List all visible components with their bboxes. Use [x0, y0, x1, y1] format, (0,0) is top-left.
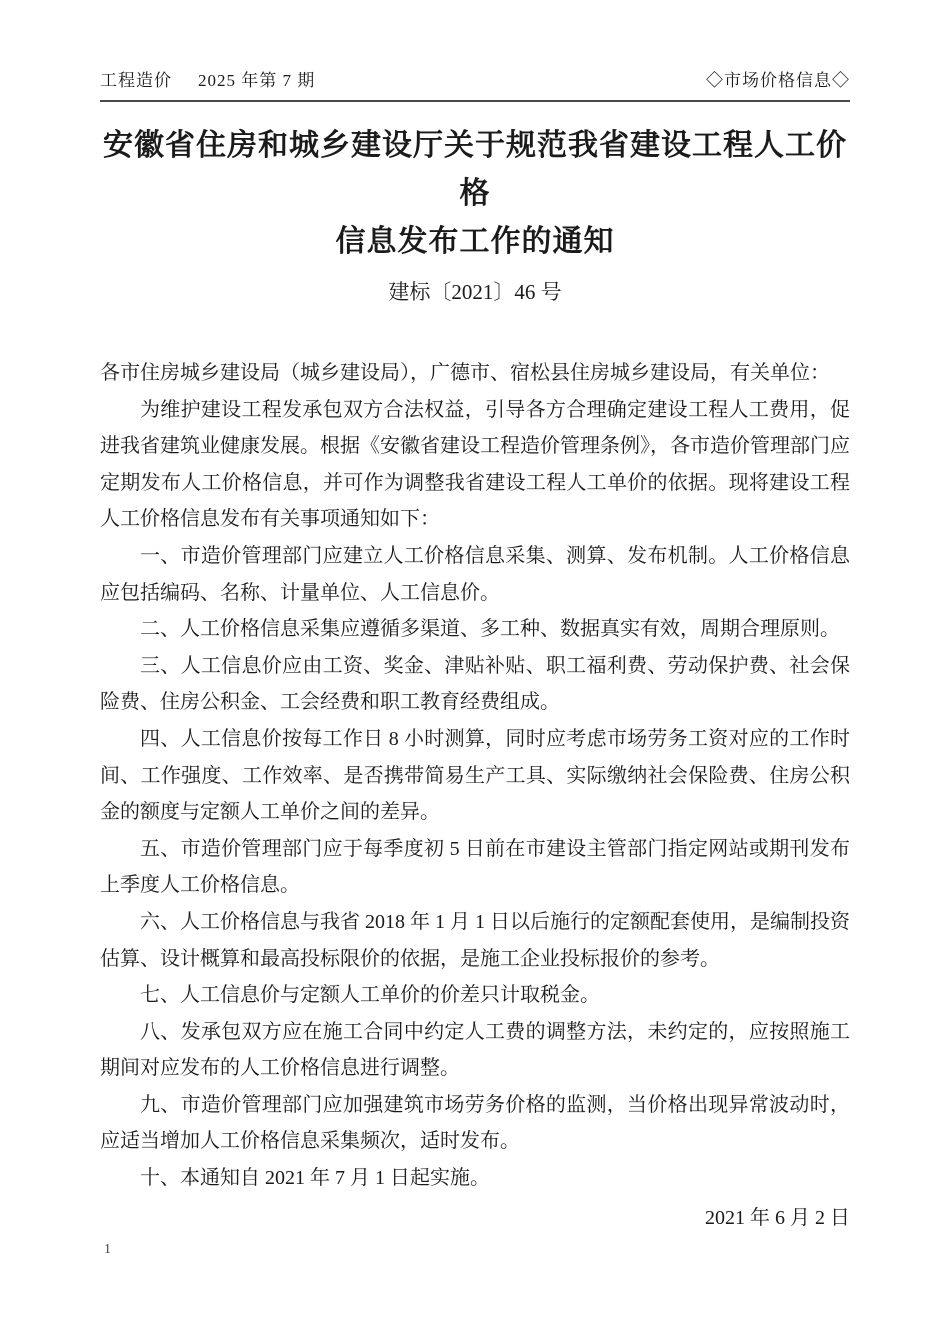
document-title: 安徽省住房和城乡建设厅关于规范我省建设工程人工价格 信息发布工作的通知: [100, 122, 850, 266]
page-number: 1: [104, 1242, 111, 1258]
document-body: 各市住房城乡建设局（城乡建设局），广德市、宿松县住房城乡建设局，有关单位： 为维…: [100, 355, 850, 1197]
header-section-label: ◇市场价格信息◇: [706, 66, 850, 91]
salutation: 各市住房城乡建设局（城乡建设局），广德市、宿松县住房城乡建设局，有关单位：: [100, 355, 850, 392]
body-paragraph: 十、本通知自 2021 年 7 月 1 日起实施。: [100, 1160, 850, 1197]
body-paragraph: 九、市造价管理部门应加强建筑市场劳务价格的监测，当价格出现异常波动时，应适当增加…: [100, 1087, 850, 1160]
body-paragraph: 七、人工信息价与定额人工单价的价差只计取税金。: [100, 977, 850, 1014]
document-number: 建标〔2021〕46 号: [100, 279, 850, 305]
document-title-line: 安徽省住房和城乡建设厅关于规范我省建设工程人工价格: [100, 122, 850, 218]
body-paragraph: 三、人工信息价应由工资、奖金、津贴补贴、职工福利费、劳动保护费、社会保险费、住房…: [100, 648, 850, 721]
journal-name: 工程造价: [100, 66, 172, 91]
journal-issue: 2025 年第 7 期: [198, 66, 315, 91]
header-divider: [100, 100, 850, 102]
page-content: 工程造价 2025 年第 7 期 ◇市场价格信息◇ 安徽省住房和城乡建设厅关于规…: [0, 0, 950, 1236]
body-paragraph: 为维护建设工程发承包双方合法权益，引导各方合理确定建设工程人工费用，促进我省建筑…: [100, 392, 850, 538]
body-paragraph: 四、人工信息价按每工作日 8 小时测算，同时应考虑市场劳务工资对应的工作时间、工…: [100, 721, 850, 831]
document-page: 工程造价 2025 年第 7 期 ◇市场价格信息◇ 安徽省住房和城乡建设厅关于规…: [0, 0, 950, 1344]
page-header: 工程造价 2025 年第 7 期 ◇市场价格信息◇: [100, 0, 850, 91]
body-paragraph: 二、人工价格信息采集应遵循多渠道、多工种、数据真实有效，周期合理原则。: [100, 611, 850, 648]
header-left: 工程造价 2025 年第 7 期: [100, 66, 315, 91]
body-paragraph: 五、市造价管理部门应于每季度初 5 日前在市建设主管部门指定网站或期刊发布上季度…: [100, 831, 850, 904]
body-paragraph: 一、市造价管理部门应建立人工价格信息采集、测算、发布机制。人工价格信息应包括编码…: [100, 538, 850, 611]
body-paragraph: 六、人工价格信息与我省 2018 年 1 月 1 日以后施行的定额配套使用，是编…: [100, 904, 850, 977]
document-title-line: 信息发布工作的通知: [100, 218, 850, 266]
body-paragraph: 八、发承包双方应在施工合同中约定人工费的调整方法，未约定的，应按照施工期间对应发…: [100, 1014, 850, 1087]
document-date: 2021 年 6 月 2 日: [100, 1200, 850, 1237]
